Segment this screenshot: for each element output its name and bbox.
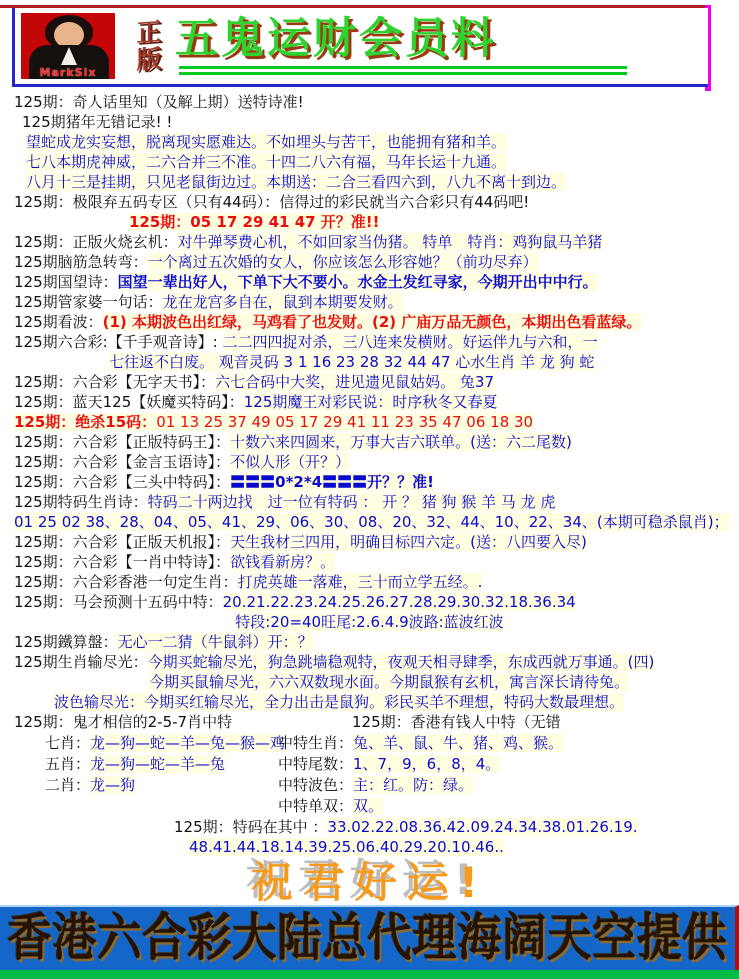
text-segment: 125期：六合彩【正版特码王】： — [14, 433, 230, 451]
text-segment: 125期魔王对彩民说：时序秋冬又春夏 — [244, 393, 498, 411]
text-segment: 七往返不白废。 观音灵码 3 1 16 23 28 32 44 47 心水生肖 … — [109, 353, 594, 371]
text-segment: 01 25 02 38、28、04、05、41、29、06、30、08、20、3… — [14, 513, 729, 531]
column-row-label: 二肖： — [45, 776, 90, 794]
content-lines: 125期：奇人话里知（及解上期）送特诗准!125期猪年无错记录! !望蛇成龙实妄… — [0, 92, 739, 712]
column-row: 七肖：龙—狗—蛇—羊—兔—猴—鸡 — [0, 733, 270, 754]
text-segment: 125期：六合彩【无字天书】： — [14, 373, 215, 391]
column-right-header: 125期：香港有钱人中特（无错 — [270, 712, 739, 733]
text-segment: 125期：特码在其中 ： — [174, 818, 327, 836]
text-segment: 125期：六合彩【金言玉语诗】： — [14, 453, 230, 471]
text-line: 125期：六合彩【正版特码王】：十数六来四圆来，万事大吉六联单。(送：六二尾数) — [0, 432, 739, 452]
text-line: 七往返不白废。 观音灵码 3 1 16 23 28 32 44 47 心水生肖 … — [0, 352, 739, 372]
text-line: 125期脑筋急转弯：一个离过五次婚的女人，你应该怎么形容她？（前功尽弃） — [0, 252, 739, 272]
text-line: 125期：极限弃五码专区（只有44码）：信得过的彩民就当六合彩只有44码吧! — [0, 192, 739, 212]
text-line: 125期猪年无错记录! ! — [0, 112, 739, 132]
text-line: 125期生肖输尽光：今期买蛇输尽光，狗急跳墙稳观特，夜观天相寻肆季，东成西就万事… — [0, 652, 739, 672]
text-segment: 一个离过五次婚的女人，你应该怎么形容她？（前功尽弃） — [148, 253, 538, 271]
column-row-label: 中特波色： — [278, 776, 353, 794]
edition-label: 正版 — [129, 18, 165, 75]
text-segment: 125期鐵算盤： — [14, 633, 118, 651]
text-line: 125期：特码在其中 ：33.02.22.08.36.42.09.24.34.3… — [0, 817, 739, 837]
text-segment: 125期六合彩:【千手观音诗】: — [14, 333, 223, 351]
column-left-header: 125期：鬼才相信的2-5-7肖中特 — [0, 712, 270, 733]
text-segment: 天生我材三四用，明确目标四六定。(送：八四要入尽) — [230, 533, 587, 551]
column-row: 中特波色：主：红。防：绿。 — [270, 775, 739, 796]
column-row-label: 五肖： — [45, 755, 90, 773]
text-line: 01 25 02 38、28、04、05、41、29、06、30、08、20、3… — [0, 512, 739, 532]
flyer-page: MarkSix 正版 五鬼运财会员料 125期：奇人话里知（及解上期）送特诗准!… — [0, 0, 739, 979]
text-segment: 125期看波： — [14, 313, 103, 331]
text-segment: 125期管家婆一句话： — [14, 293, 163, 311]
text-line: 125期：六合彩香港一句定生肖：打虎英雄一落难，三十而立学五经。. — [0, 572, 739, 592]
text-segment: 125期：六合彩【正版天机报】： — [14, 533, 230, 551]
wish-text: 祝君好运! — [0, 850, 739, 910]
text-line: 125期：奇人话里知（及解上期）送特诗准! — [0, 92, 739, 112]
text-segment: 特段:20=40旺尾:2.6.4.9波路:蓝波红波 — [235, 613, 503, 631]
column-row: 二肖：龙—狗 — [0, 775, 270, 796]
text-line: 七八本期虎神威，二六合并三不准。十四二八六有福，马年长运十九通。 — [0, 152, 739, 172]
text-segment: 125期生肖输尽光： — [14, 653, 148, 671]
text-segment: 七八本期虎神威，二六合并三不准。十四二八六有福，马年长运十九通。 — [26, 153, 506, 171]
text-segment: (1) 本期波色出红绿，马鸡看了也发财。(2) 广庙万品无颜色，本期出色看蓝绿。 — [103, 313, 642, 331]
text-line: 今期买鼠输尽光，六六双数现水面。今期鼠猴有玄机，寓言深长请待兔。 — [0, 672, 739, 692]
text-line: 特段:20=40旺尾:2.6.4.9波路:蓝波红波 — [0, 612, 739, 632]
column-row-label: 中特单双： — [278, 797, 353, 815]
text-segment: 125期：六合彩香港一句定生肖： — [14, 573, 238, 591]
text-segment: 125期脑筋急转弯： — [14, 253, 148, 271]
text-segment: 六七合码中大奖，进见遗见鼠姑妈。 兔37 — [215, 373, 494, 391]
text-line: 125期国望诗：国望一辈出好人，下单下大不要小。水金土发红寻家，今期开出中中行。 — [0, 272, 739, 292]
text-segment: 打虎英雄一落难，三十而立学五经。. — [238, 573, 483, 591]
text-segment: 125期：马会预测十五码中特： — [14, 593, 223, 611]
text-line: 125期：马会预测十五码中特：20.21.22.23.24.25.26.27.2… — [0, 592, 739, 612]
text-segment: 望蛇成龙实妄想，脱离现实愿难达。不如埋头与苦干，也能拥有猪和羊。 — [26, 133, 506, 151]
text-line: 125期六合彩:【千手观音诗】: 二二四四捉对杀，三八连来发横财。好运伴九与六和… — [0, 332, 739, 352]
text-segment: 125期猪年无错记录! ! — [22, 113, 172, 131]
text-segment: 二二四四捉对杀，三八连来发横财。好运伴九与六和，一 — [223, 333, 598, 351]
text-segment: 龙在龙宫多自在，鼠到本期要发财。 — [163, 293, 403, 311]
two-column-section: 125期：鬼才相信的2-5-7肖中特 七肖：龙—狗—蛇—羊—兔—猴—鸡五肖：龙—… — [0, 712, 739, 817]
text-segment: 125期：蓝天125【妖魔买特码】： — [14, 393, 244, 411]
column-row-value: 龙—狗—蛇—羊—兔 — [90, 755, 225, 773]
column-right: 125期：香港有钱人中特（无错 中特生肖：兔、羊、鼠、牛、猪、鸡、猴。中特尾数：… — [270, 712, 739, 817]
text-segment: 125期：极限弃五码专区（只有44码）：信得过的彩民就当六合彩只有44码吧! — [14, 193, 529, 211]
text-line: 125期看波：(1) 本期波色出红绿，马鸡看了也发财。(2) 广庙万品无颜色，本… — [0, 312, 739, 332]
text-line: 125期：六合彩【无字天书】：六七合码中大奖，进见遗见鼠姑妈。 兔37 — [0, 372, 739, 392]
text-segment: 125期：05 17 29 41 47 开？准!! — [129, 213, 379, 231]
text-segment: 不似人形（开？） — [230, 453, 350, 471]
text-segment: 20.21.22.23.24.25.26.27.28.29.30.32.18.3… — [223, 593, 576, 611]
title-block: 五鬼运财会员料 — [175, 17, 627, 74]
text-segment: 八月十三是挂期，只见老鼠街边过。本期送：二合三看四六到，八九不离十到边。 — [26, 173, 566, 191]
column-right-rows: 中特生肖：兔、羊、鼠、牛、猪、鸡、猴。中特尾数：1、7，9，6，8，4。中特波色… — [270, 733, 739, 817]
title-underline-2 — [179, 72, 627, 75]
text-segment: 33.02.22.08.36.42.09.24.34.38.01.26.19. — [327, 818, 637, 836]
text-segment: 波色输尽光：今期买红输尽光，全力出击是鼠狗。彩民买羊不理想，特码大数最理想。 — [54, 693, 624, 711]
text-line: 125期：蓝天125【妖魔买特码】：125期魔王对彩民说：时序秋冬又春夏 — [0, 392, 739, 412]
text-segment: 〓〓〓0*2*4〓〓〓开？？准! — [230, 473, 434, 491]
text-segment: 125期：奇人话里知（及解上期）送特诗准! — [14, 93, 304, 111]
text-segment: 01 13 25 37 49 05 17 29 41 11 23 35 47 0… — [156, 413, 533, 431]
column-row-value: 龙—狗 — [90, 776, 135, 794]
text-segment: 十数六来四圆来，万事大吉六联单。(送：六二尾数) — [230, 433, 572, 451]
photo-caption: MarkSix — [21, 67, 115, 79]
text-segment: 125期：六合彩【一肖中特诗】： — [14, 553, 230, 571]
column-row-label: 中特生肖： — [278, 734, 353, 752]
page-title: 五鬼运财会员料 — [175, 17, 627, 62]
text-segment: 对牛弹琴费心机，不如回家当伪猪。 特单 特肖：鸡狗鼠马羊猪 — [178, 233, 603, 251]
text-segment: 无心一二猜（牛鼠斜）开：？ — [118, 633, 313, 651]
masthead-photo: MarkSix — [21, 13, 115, 79]
column-row-value: 主：红。防：绿。 — [353, 776, 473, 794]
text-line: 125期鐵算盤：无心一二猜（牛鼠斜）开：？ — [0, 632, 739, 652]
column-left-rows: 七肖：龙—狗—蛇—羊—兔—猴—鸡五肖：龙—狗—蛇—羊—兔二肖：龙—狗 — [0, 733, 270, 796]
text-line: 望蛇成龙实妄想，脱离现实愿难达。不如埋头与苦干，也能拥有猪和羊。 — [0, 132, 739, 152]
bottom-banner: 香港六合彩大陆总代理海阔天空提供 — [0, 905, 739, 970]
text-segment: 125期特码生肖诗： — [14, 493, 148, 511]
text-line: 125期：六合彩【一肖中特诗】：欲钱看新房？。 — [0, 552, 739, 572]
text-segment: 125期：正版火烧玄机： — [14, 233, 178, 251]
text-segment: 今期买鼠输尽光，六六双数现水面。今期鼠猴有玄机，寓言深长请待兔。 — [149, 673, 629, 691]
column-row-value: 兔、羊、鼠、牛、猪、鸡、猴。 — [353, 734, 563, 752]
text-line: 125期特码生肖诗：特码二十两边找 过一位有特码 ： 开 ？ 猪 狗 猴 羊 马… — [0, 492, 739, 512]
column-row-value: 双。 — [353, 797, 383, 815]
text-segment: 今期买蛇输尽光，狗急跳墙稳观特，夜观天相寻肆季，东成西就万事通。(四) — [148, 653, 655, 671]
masthead: MarkSix 正版 五鬼运财会员料 — [12, 8, 708, 87]
title-underline-1 — [179, 66, 627, 69]
text-segment: 125期：六合彩【三头中特码】： — [14, 473, 230, 491]
text-line: 125期：05 17 29 41 47 开？准!! — [0, 212, 739, 232]
text-segment: 125期：绝杀15码： — [14, 413, 156, 431]
text-line: 125期：正版火烧玄机：对牛弹琴费心机，不如回家当伪猪。 特单 特肖：鸡狗鼠马羊… — [0, 232, 739, 252]
text-segment: 欲钱看新房？。 — [230, 553, 335, 571]
column-row-value: 1、7，9，6，8，4。 — [353, 755, 500, 773]
text-line: 125期管家婆一句话：龙在龙宫多自在，鼠到本期要发财。 — [0, 292, 739, 312]
column-row: 中特生肖：兔、羊、鼠、牛、猪、鸡、猴。 — [270, 733, 739, 754]
text-line: 125期：六合彩【正版天机报】：天生我材三四用，明确目标四六定。(送：八四要入尽… — [0, 532, 739, 552]
text-line: 125期：绝杀15码：01 13 25 37 49 05 17 29 41 11… — [0, 412, 739, 432]
text-segment: 特码二十两边找 过一位有特码 ： 开 ？ 猪 狗 猴 羊 马 龙 虎 — [148, 493, 556, 511]
text-segment: 国望一辈出好人，下单下大不要小。水金土发红寻家，今期开出中中行。 — [118, 273, 598, 291]
banner-text: 香港六合彩大陆总代理海阔天空提供 — [8, 913, 728, 964]
column-row: 中特单双：双。 — [270, 796, 739, 817]
text-line: 125期：六合彩【三头中特码】：〓〓〓0*2*4〓〓〓开？？准! — [0, 472, 739, 492]
column-row: 五肖：龙—狗—蛇—羊—兔 — [0, 754, 270, 775]
column-row: 中特尾数：1、7，9，6，8，4。 — [270, 754, 739, 775]
column-left: 125期：鬼才相信的2-5-7肖中特 七肖：龙—狗—蛇—羊—兔—猴—鸡五肖：龙—… — [0, 712, 270, 817]
text-line: 波色输尽光：今期买红输尽光，全力出击是鼠狗。彩民买羊不理想，特码大数最理想。 — [0, 692, 739, 712]
text-segment: 125期国望诗： — [14, 273, 118, 291]
column-row-value: 龙—狗—蛇—羊—兔—猴—鸡 — [90, 734, 285, 752]
text-line: 125期：六合彩【金言玉语诗】：不似人形（开？） — [0, 452, 739, 472]
column-row-label: 中特尾数： — [278, 755, 353, 773]
column-row-label: 七肖： — [45, 734, 90, 752]
bottom-green-strip — [0, 970, 739, 979]
text-line: 八月十三是挂期，只见老鼠街边过。本期送：二合三看四六到，八九不离十到边。 — [0, 172, 739, 192]
